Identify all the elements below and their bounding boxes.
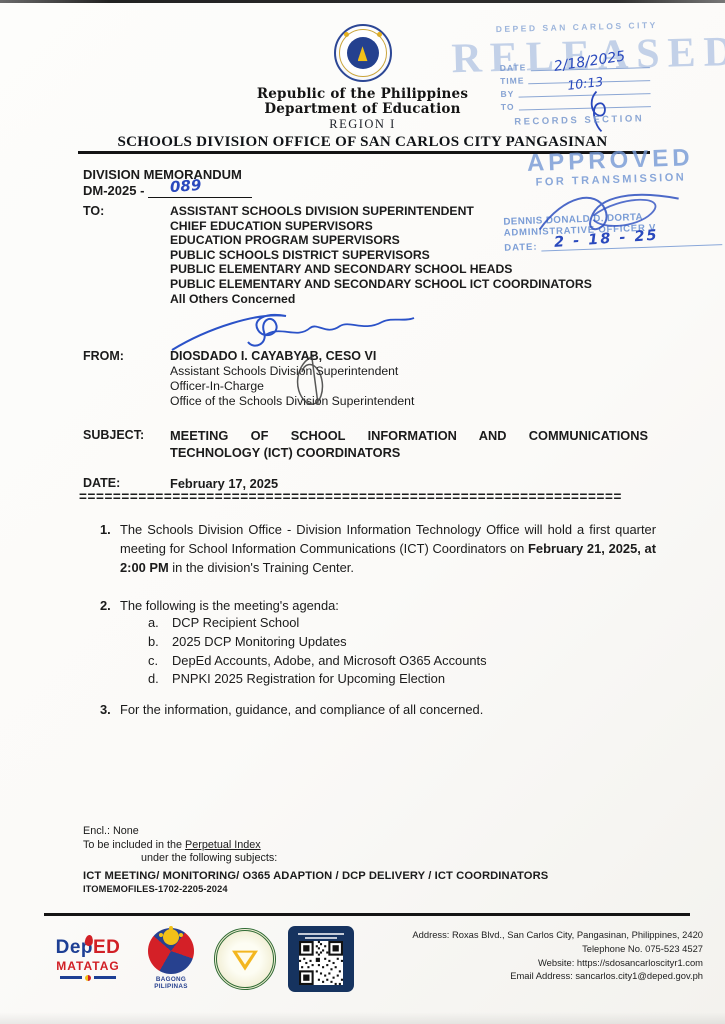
qr-caption-line — [305, 937, 337, 939]
republic-line: Republic of the Philippines — [0, 87, 725, 102]
address-line: Address: Roxas Blvd., San Carlos City, P… — [412, 928, 703, 942]
subject-line2: TECHNOLOGY (ICT) COORDINATORS — [170, 445, 648, 462]
body-item-3: 3. For the information, guidance, and co… — [100, 700, 656, 719]
agenda-text: DCP Recipient School — [172, 614, 299, 633]
memo-number-line: DM-2025 -089 — [83, 183, 252, 198]
handwritten-memo-number: 089 — [170, 176, 202, 196]
bagong-sun-icon — [163, 929, 179, 945]
contact-block: Address: Roxas Blvd., San Carlos City, P… — [412, 928, 703, 983]
bagong-label: BAGONG PILIPINAS — [140, 976, 202, 990]
department-line: Department of Education — [0, 102, 725, 117]
agenda-text: DepEd Accounts, Adobe, and Microsoft O36… — [172, 652, 487, 671]
agenda-letter: c. — [148, 652, 172, 671]
recipient-line: PUBLIC ELEMENTARY AND SECONDARY SCHOOL I… — [170, 277, 592, 292]
item-number: 2. — [100, 596, 120, 615]
website-line: Website: https://sdosancarloscityr1.com — [412, 956, 703, 970]
footer-logos: DepED MATATAG BAGONG PILIPINAS — [48, 926, 354, 992]
footer-rule — [44, 913, 690, 916]
agenda-item: b.2025 DCP Monitoring Updates — [148, 633, 487, 652]
perpetual-pre: To be included in the — [83, 839, 185, 851]
email-line: Email Address: sancarlos.city1@deped.gov… — [412, 969, 703, 983]
item-number: 3. — [100, 700, 120, 719]
file-reference: ITOMEMOFILES-1702-2205-2024 — [83, 884, 228, 894]
recipient-list: ASSISTANT SCHOOLS DIVISION SUPERINTENDEN… — [170, 204, 592, 306]
agenda-text: PNPKI 2025 Registration for Upcoming Ele… — [172, 670, 445, 689]
scan-shade — [0, 1012, 725, 1024]
memo-number-prefix: DM-2025 - — [83, 183, 144, 198]
deped-matatag-logo: DepED MATATAG — [48, 938, 128, 981]
item-text: The Schools Division Office - Division I… — [120, 520, 656, 577]
encl-line: Encl.: None — [83, 825, 277, 839]
bagong-swirl-icon — [148, 928, 194, 974]
matatag-tagline — [48, 975, 128, 981]
qr-pattern-icon — [299, 941, 343, 985]
agenda-letter: a. — [148, 614, 172, 633]
scan-edge — [0, 0, 725, 3]
equals-divider: ========================================… — [79, 489, 651, 504]
header-rule — [78, 151, 650, 154]
to-block: TO: ASSISTANT SCHOOLS DIVISION SUPERINTE… — [83, 204, 592, 306]
agenda-list: a.DCP Recipient School b.2025 DCP Monito… — [148, 614, 487, 689]
deped-word-red: ED — [93, 937, 120, 958]
recipient-line: PUBLIC SCHOOLS DISTRICT SUPERVISORS — [170, 248, 592, 263]
from-block: FROM: DIOSDADO I. CAYABYAB, CESO VI Assi… — [83, 349, 414, 410]
qr-code — [288, 926, 354, 992]
recipient-line: CHIEF EDUCATION SUPERVISORS — [170, 219, 592, 234]
telephone-line: Telephone No. 075-523 4527 — [412, 942, 703, 956]
seal-shield — [347, 37, 379, 69]
recipient-line: All Others Concerned — [170, 292, 592, 307]
seal-figure — [358, 46, 368, 61]
item-text: The following is the meeting's agenda: — [120, 596, 339, 615]
subject-block: SUBJECT: MEETING OF SCHOOL INFORMATION A… — [83, 428, 648, 461]
index-subjects: ICT MEETING/ MONITORING/ O365 ADAPTION /… — [83, 870, 548, 882]
from-label: FROM: — [83, 349, 170, 410]
subject-line1: MEETING OF SCHOOL INFORMATION AND COMMUN… — [170, 428, 648, 445]
agenda-letter: d. — [148, 670, 172, 689]
qr-caption-line — [298, 933, 344, 935]
matatag-word: MATATAG — [48, 959, 128, 973]
letterhead: Republic of the Philippines Department o… — [0, 24, 725, 151]
deped-seal-icon — [334, 24, 392, 82]
recipient-line: PUBLIC ELEMENTARY AND SECONDARY SCHOOL H… — [170, 262, 592, 277]
enclosure-block: Encl.: None To be included in the Perpet… — [83, 825, 277, 866]
agenda-text: 2025 DCP Monitoring Updates — [172, 633, 347, 652]
body-item-2: 2. The following is the meeting's agenda… — [100, 596, 656, 615]
item1-post: in the division's Training Center. — [169, 560, 354, 575]
office-line: SCHOOLS DIVISION OFFICE OF SAN CARLOS CI… — [0, 134, 725, 151]
memo-number-blank: 089 — [148, 183, 252, 198]
perpetual-line: To be included in the Perpetual Index — [83, 839, 277, 853]
memo-page: Republic of the Philippines Department o… — [0, 0, 725, 1024]
perpetual-index: Perpetual Index — [185, 839, 261, 851]
division-seal-icon — [214, 928, 276, 990]
for-transmission: FOR TRANSMISSION — [502, 170, 720, 190]
agenda-item: c.DepEd Accounts, Adobe, and Microsoft O… — [148, 652, 487, 671]
recipient-line: ASSISTANT SCHOOLS DIVISION SUPERINTENDEN… — [170, 204, 592, 219]
memo-title: DIVISION MEMORANDUM — [83, 167, 242, 182]
region-line: REGION I — [0, 117, 725, 132]
subject-label: SUBJECT: — [83, 428, 170, 461]
division-seal-triangle — [232, 951, 258, 971]
to-label: TO: — [83, 204, 170, 306]
bagong-pilipinas-logo: BAGONG PILIPINAS — [140, 928, 202, 990]
torch-icon — [377, 32, 382, 37]
pen-scribble-icon — [288, 352, 330, 410]
item-number: 1. — [100, 520, 120, 577]
agenda-letter: b. — [148, 633, 172, 652]
item-text: For the information, guidance, and compl… — [120, 700, 483, 719]
recipient-line: EDUCATION PROGRAM SUPERVISORS — [170, 233, 592, 248]
body-item-1: 1. The Schools Division Office - Divisio… — [100, 520, 656, 577]
asds-signature-icon — [168, 310, 418, 354]
subjects-intro: under the following subjects: — [141, 852, 277, 866]
agenda-item: a.DCP Recipient School — [148, 614, 487, 633]
agenda-item: d.PNPKI 2025 Registration for Upcoming E… — [148, 670, 487, 689]
torch-icon — [344, 32, 349, 37]
